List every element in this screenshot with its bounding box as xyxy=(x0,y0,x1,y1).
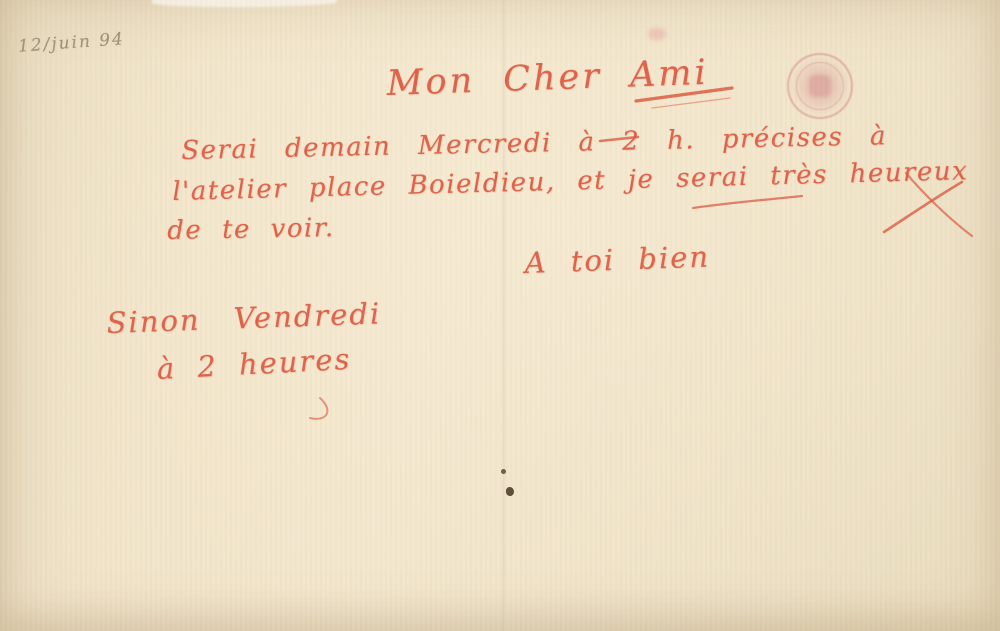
top-edge-tear xyxy=(152,0,337,7)
salutation: Mon Cher Ami xyxy=(386,53,709,104)
closing-line: A toi bien xyxy=(524,240,711,280)
pink-smudge xyxy=(648,28,666,40)
body-line-1: Serai demain Mercredi à 2 h. précises à xyxy=(181,121,887,166)
body-line-3: de te voir. xyxy=(167,213,335,246)
body-line-2: l'atelier place Boieldieu, et je serai t… xyxy=(172,156,969,207)
postscript-line-1: Sinon Vendredi xyxy=(106,296,382,340)
ink-speck xyxy=(506,487,514,496)
pencil-date: 12/juin 94 xyxy=(17,29,125,56)
letter-paper: 12/juin 94 Mon Cher Ami Serai demain Mer… xyxy=(0,0,1000,631)
ink-speck xyxy=(501,469,506,474)
round-collection-stamp-icon xyxy=(787,53,853,119)
postscript-line-2: à 2 heures xyxy=(156,342,352,386)
